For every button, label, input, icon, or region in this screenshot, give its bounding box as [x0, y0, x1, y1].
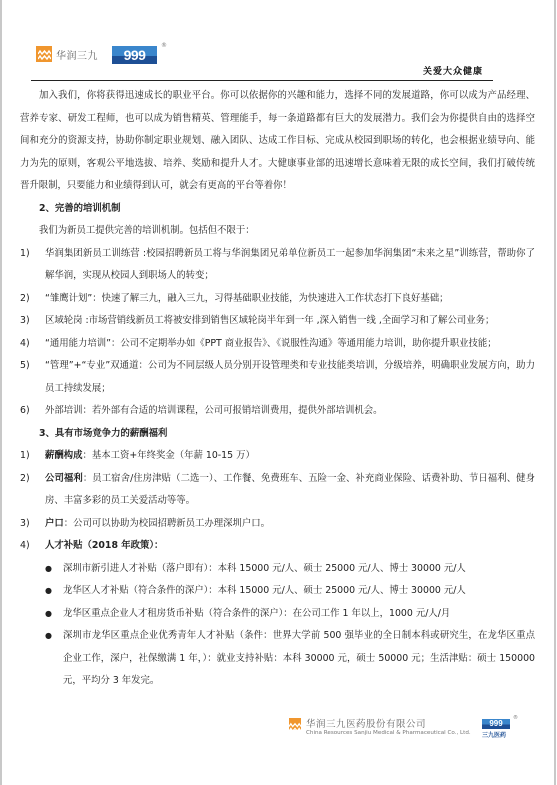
- training-item: 1) 华润集团新员工训练营 :校园招聘新员工将与华润集团兄弟单位新员工一起参加华…: [20, 243, 535, 288]
- item-text: 区域轮岗 :市场营销线新员工将被安排到销售区域轮岗半年到一年 ,深入销售一线 ,…: [45, 310, 535, 333]
- bullet-icon: ●: [45, 580, 63, 603]
- training-item: 2) “雏鹰计划”：快速了解三九，融入三九，习得基础职业技能，为快速进入工作状态…: [20, 288, 535, 311]
- item-text: ：员工宿舍/住房津贴（二选一）、工作餐、免费班车、五险一金、补充商业保险、话费补…: [45, 473, 535, 507]
- subsidy-text: 龙华区人才补贴（符合条件的深户）：本科 15000 元/人、硕士 25000 元…: [63, 580, 535, 603]
- bullet-icon: ●: [45, 603, 63, 626]
- item-text: “雏鹰计划”：快速了解三九，融入三九，习得基础职业技能，为快速进入工作状态打下良…: [45, 288, 535, 311]
- benefit-item: 4) 人才补贴（2018 年政策）：: [20, 535, 535, 558]
- section-2-lead: 我们为新员工提供完善的培训机制。包括但不限于：: [20, 220, 535, 243]
- section-2-heading: 2、完善的培训机制: [20, 198, 535, 221]
- cr-wave-logo-icon: [36, 46, 52, 62]
- item-text: 外部培训：若外部有合适的培训课程，公司可报销培训费用，提供外部培训机会。: [45, 400, 535, 423]
- document-body: 加入我们，你将获得迅速成长的职业平台。你可以依据你的兴趣和能力，选择不同的发展道…: [20, 85, 535, 693]
- subsidy-text: 深圳市新引进人才补贴（落户即有）：本科 15000 元/人、硕士 25000 元…: [63, 558, 535, 581]
- cr-wave-logo-icon: [289, 718, 301, 730]
- item-number: 2): [20, 288, 45, 311]
- training-item: 6) 外部培训：若外部有合适的培训课程，公司可报销培训费用，提供外部培训机会。: [20, 400, 535, 423]
- subsidy-bullet: ● 龙华区重点企业人才租房货币补贴（符合条件的深户）：在公司工作 1 年以上，1…: [20, 603, 535, 626]
- item-text: ：基本工资+年终奖金（年薪 10-15 万）: [83, 450, 255, 461]
- item-label: 户口: [45, 518, 64, 529]
- bullet-icon: ●: [45, 558, 63, 581]
- benefit-item: 2) 公司福利：员工宿舍/住房津贴（二选一）、工作餐、免费班车、五险一金、补充商…: [20, 468, 535, 513]
- item-number: 3): [20, 310, 45, 333]
- footer-company-en: China Resources Sanjiu Medical & Pharmac…: [306, 730, 471, 736]
- training-item: 5) “管理”+“专业”双通道：公司为不同层级人员分别开设管理类和专业技能类培训…: [20, 355, 535, 400]
- item-number: 1): [20, 445, 45, 468]
- registered-mark: ®: [161, 42, 167, 49]
- item-number: 4): [20, 333, 45, 356]
- footer-company-cn: 华润三九医药股份有限公司: [306, 716, 426, 730]
- subsidy-bullet: ● 深圳市龙华区重点企业优秀青年人才补贴（条件：世界大学前 500 强毕业的全日…: [20, 625, 535, 693]
- item-number: 3): [20, 513, 45, 536]
- item-text: ：公司可以协助为校园招聘新员工办理深圳户口。: [64, 518, 270, 529]
- subsidy-text: 龙华区重点企业人才租房货币补贴（符合条件的深户）：在公司工作 1 年以上，100…: [63, 603, 535, 626]
- company-short-name: 华润三九: [56, 47, 98, 62]
- item-number: 4): [20, 535, 45, 558]
- page-header: 华润三九 999 ® 关爱大众健康: [31, 44, 493, 80]
- item-number: 6): [20, 400, 45, 423]
- benefit-item: 1) 薪酬构成：基本工资+年终奖金（年薪 10-15 万）: [20, 445, 535, 468]
- registered-mark: ®: [513, 715, 518, 721]
- footer-brand-sub: 三九医药: [482, 730, 506, 739]
- item-text: 华润集团新员工训练营 :校园招聘新员工将与华润集团兄弟单位新员工一起参加华润集团…: [45, 243, 535, 288]
- item-label: 人才补贴（2018 年政策）：: [45, 540, 163, 551]
- item-text: “管理”+“专业”双通道：公司为不同层级人员分别开设管理类和专业技能类培训，分级…: [45, 355, 535, 400]
- benefit-item: 3) 户口：公司可以协助为校园招聘新员工办理深圳户口。: [20, 513, 535, 536]
- intro-paragraph: 加入我们，你将获得迅速成长的职业平台。你可以依据你的兴趣和能力，选择不同的发展道…: [20, 85, 535, 198]
- footer-999-logo: 999: [482, 719, 510, 729]
- header-slogan: 关爱大众健康: [423, 64, 483, 77]
- item-text: “通用能力培训”：公司不定期举办如《PPT 商业报告》、《说服性沟通》等通用能力…: [45, 333, 535, 356]
- subsidy-text: 深圳市龙华区重点企业优秀青年人才补贴（条件：世界大学前 500 强毕业的全日制本…: [63, 625, 535, 693]
- training-item: 4) “通用能力培训”：公司不定期举办如《PPT 商业报告》、《说服性沟通》等通…: [20, 333, 535, 356]
- item-number: 2): [20, 468, 45, 513]
- cr-sanjiu-logo: 华润三九: [36, 46, 98, 62]
- 999-logo: 999: [112, 46, 157, 64]
- header-divider: [31, 80, 493, 81]
- item-label: 公司福利: [45, 473, 83, 484]
- page-footer: 华润三九医药股份有限公司 China Resources Sanjiu Medi…: [289, 717, 529, 747]
- item-number: 1): [20, 243, 45, 288]
- item-number: 5): [20, 355, 45, 400]
- section-3-heading: 3、具有市场竞争力的薪酬福利: [20, 423, 535, 446]
- subsidy-bullet: ● 深圳市新引进人才补贴（落户即有）：本科 15000 元/人、硕士 25000…: [20, 558, 535, 581]
- item-label: 薪酬构成: [45, 450, 83, 461]
- page-edge-right: [554, 0, 556, 785]
- bullet-icon: ●: [45, 625, 63, 693]
- training-item: 3) 区域轮岗 :市场营销线新员工将被安排到销售区域轮岗半年到一年 ,深入销售一…: [20, 310, 535, 333]
- page-edge-left: [0, 0, 2, 785]
- subsidy-bullet: ● 龙华区人才补贴（符合条件的深户）：本科 15000 元/人、硕士 25000…: [20, 580, 535, 603]
